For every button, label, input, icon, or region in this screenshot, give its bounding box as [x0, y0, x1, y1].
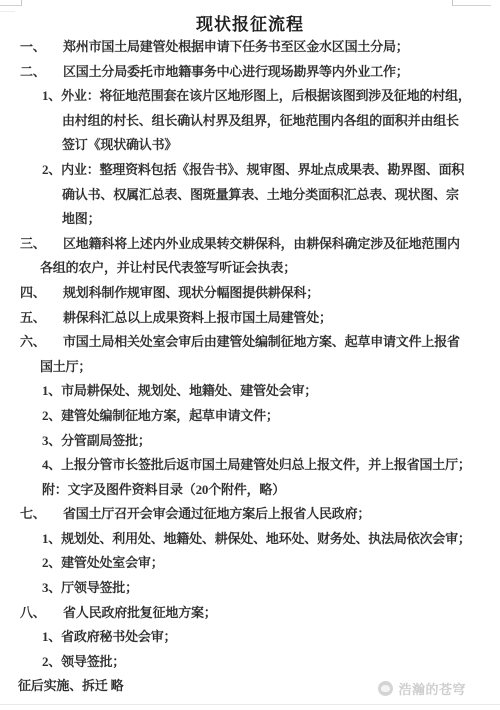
item-number: 四、 [20, 281, 63, 306]
list-item: 四、规划科制作规审图、现状分幅图提供耕保科； [0, 281, 500, 306]
attachment-note: 附：文字及图件资料目录（20个附件，略） [0, 478, 500, 503]
item-text: 签订《现状确认书》 [62, 137, 177, 152]
list-subitem: 2、领导签批； [0, 650, 500, 675]
list-subitem: 4、上报分管市长签批后返市国土局建管处归总上报文件，并上报省国土厅； [0, 453, 500, 478]
list-item: 六、市国土局相关处室会审后由建管处编制征地方案、起草申请文件上报省 [0, 330, 500, 355]
item-text: 4、上报分管市长签批后返市国土局建管处归总上报文件，并上报省国土厅； [42, 457, 471, 472]
watermark: 浩瀚的苍穹 [378, 679, 466, 698]
item-text: 国土厅； [40, 359, 91, 374]
item-text: 省人民政府批复征地方案； [63, 605, 217, 620]
item-text: 耕保科汇总以上成果资料上报市国土局建管处； [63, 310, 332, 325]
list-subitem: 2、内业：整理资料包括《报告书》、规审图、界址点成果表、勘界图、面积 [0, 158, 500, 183]
item-text: 省国土厅召开会审会通过征地方案后上报省人民政府； [63, 506, 370, 521]
item-number: 六、 [20, 330, 63, 355]
cloud-logo-icon [378, 681, 393, 696]
item-text: 区国土分局委托市地籍事务中心进行现场勘界等内外业工作； [63, 64, 409, 79]
item-text: 规划科制作规审图、现状分幅图提供耕保科； [63, 285, 319, 300]
item-number: 五、 [20, 306, 63, 331]
list-item-continuation: 各组的农户，并让村民代表签写听证会执表； [0, 256, 500, 281]
list-subitem-continuation: 确认书、权属汇总表、图斑量算表、土地分类面积汇总表、现状图、宗 [0, 183, 500, 208]
page-title: 现状报征流程 [0, 10, 500, 35]
list-subitem: 3、厅领导签批； [0, 576, 500, 601]
list-subitem: 2、建管处处室会审； [0, 551, 500, 576]
page-boundary-mark-right [452, 0, 491, 6]
item-text: 2、领导签批； [42, 654, 125, 669]
list-item: 三、区地籍科将上述内外业成果转交耕保科，由耕保科确定涉及征地范围内 [0, 232, 500, 257]
item-text: 确认书、权属汇总表、图斑量算表、土地分类面积汇总表、现状图、宗 [62, 187, 459, 202]
item-text: 征后实施、拆迁 略 [18, 678, 123, 693]
list-item-continuation: 国土厅； [0, 355, 500, 380]
item-text: 地图； [62, 211, 100, 226]
item-number: 三、 [20, 232, 63, 257]
item-text: 2、建管处编制征地方案，起草申请文件； [42, 408, 279, 423]
item-text: 由村组的村长、组长确认村界及组界，征地范围内各组的面积并由组长 [62, 113, 459, 128]
list-subitem-continuation: 签订《现状确认书》 [0, 133, 500, 158]
page-boundary-mark-left [0, 0, 22, 6]
document-body: 一、郑州市国土局建管处根据申请下任务书至区金水区国土分局； 二、区国土分局委托市… [0, 35, 500, 699]
list-subitem: 1、省政府秘书处会审； [0, 625, 500, 650]
item-text: 2、内业：整理资料包括《报告书》、规审图、界址点成果表、勘界图、面积 [42, 162, 464, 177]
item-text: 1、规划处、利用处、地籍处、耕保处、地环处、财务处、执法局依次会审； [42, 531, 471, 546]
item-text: 郑州市国土局建管处根据申请下任务书至区金水区国土分局； [63, 39, 409, 54]
item-text: 市国土局相关处室会审后由建管处编制征地方案、起草申请文件上报省 [63, 334, 460, 349]
list-subitem: 2、建管处编制征地方案，起草申请文件； [0, 404, 500, 429]
item-text: 附：文字及图件资料目录（20个附件，略） [42, 482, 285, 497]
list-subitem: 3、分管副局签批； [0, 429, 500, 454]
item-text: 区地籍科将上述内外业成果转交耕保科，由耕保科确定涉及征地范围内 [63, 236, 460, 251]
list-item: 五、耕保科汇总以上成果资料上报市国土局建管处； [0, 306, 500, 331]
item-number: 二、 [20, 60, 63, 85]
item-text: 3、厅领导签批； [42, 580, 138, 595]
watermark-text: 浩瀚的苍穹 [398, 679, 466, 698]
item-text: 3、分管副局签批； [42, 433, 151, 448]
list-subitem: 1、外业：将征地范围套在该片区地形图上，后根据该图到涉及征地的村组， [0, 84, 500, 109]
item-text: 1、省政府秘书处会审； [42, 629, 176, 644]
list-item: 一、郑州市国土局建管处根据申请下任务书至区金水区国土分局； [0, 35, 500, 60]
item-number: 一、 [20, 35, 63, 60]
list-item: 七、省国土厅召开会审会通过征地方案后上报省人民政府； [0, 502, 500, 527]
document-page: 现状报征流程 一、郑州市国土局建管处根据申请下任务书至区金水区国土分局； 二、区… [0, 0, 500, 710]
list-subitem-continuation: 地图； [0, 207, 500, 232]
list-subitem-continuation: 由村组的村长、组长确认村界及组界，征地范围内各组的面积并由组长 [0, 109, 500, 134]
item-number: 八、 [20, 601, 63, 626]
item-text: 各组的农户，并让村民代表签写听证会执表； [40, 260, 296, 275]
item-text: 2、建管处处室会审； [42, 555, 164, 570]
list-item: 八、省人民政府批复征地方案； [0, 601, 500, 626]
list-subitem: 1、市局耕保处、规划处、地籍处、建管处会审； [0, 379, 500, 404]
item-number: 七、 [20, 502, 63, 527]
bottom-divider [0, 704, 500, 705]
item-text: 1、外业：将征地范围套在该片区地形图上，后根据该图到涉及征地的村组， [42, 88, 471, 103]
list-subitem: 1、规划处、利用处、地籍处、耕保处、地环处、财务处、执法局依次会审； [0, 527, 500, 552]
list-item: 二、区国土分局委托市地籍事务中心进行现场勘界等内外业工作； [0, 60, 500, 85]
item-text: 1、市局耕保处、规划处、地籍处、建管处会审； [42, 383, 317, 398]
